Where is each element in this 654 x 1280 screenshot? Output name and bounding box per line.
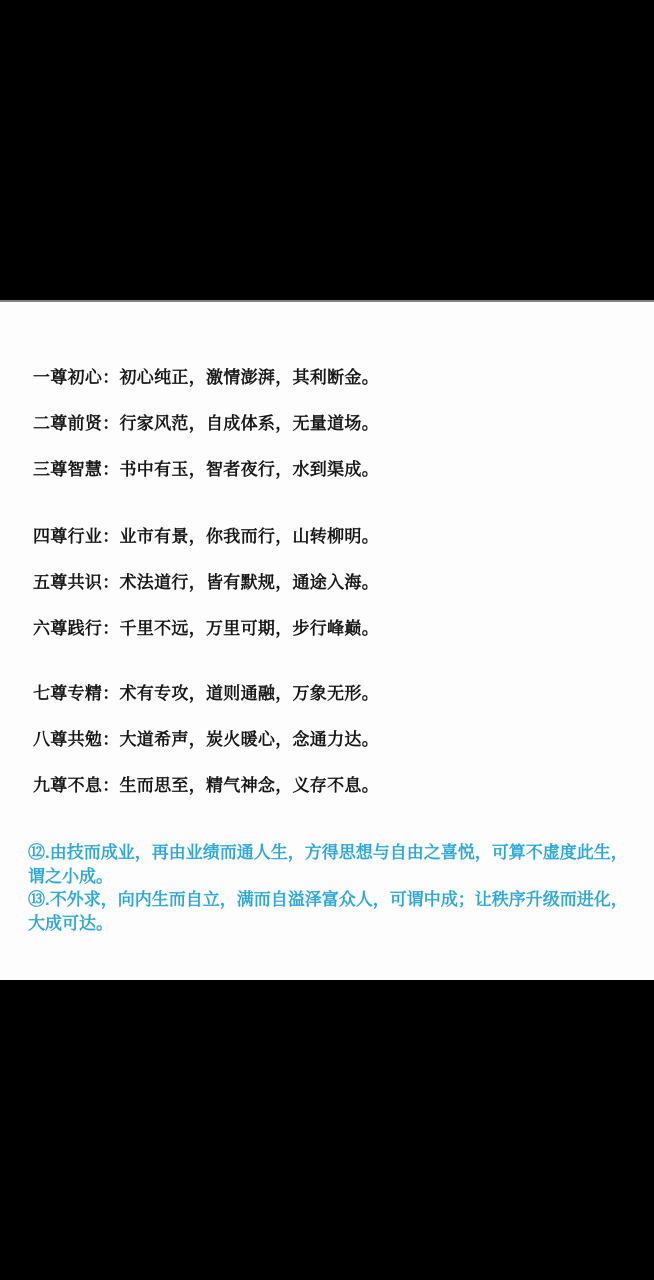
letterbox-top bbox=[0, 0, 654, 300]
verse-line-4: 四尊行业：业市有景，你我而行，山转柳明。 bbox=[33, 514, 633, 560]
verse-group-1: 一尊初心：初心纯正，激情澎湃，其利断金。 二尊前贤：行家风范，自成体系，无量道场… bbox=[33, 355, 633, 493]
note-12-line-2: 谓之小成。 bbox=[28, 865, 643, 889]
phone-screen: 一尊初心：初心纯正，激情澎湃，其利断金。 二尊前贤：行家风范，自成体系，无量道场… bbox=[0, 0, 654, 1280]
note-paragraph-13: ⑬.不外求，向内生而自立，满而自溢泽富众人，可谓中成；让秩序升级而进化， 大成可… bbox=[28, 888, 643, 936]
verse-line-7: 七尊专精：术有专攻，道则通融，万象无形。 bbox=[33, 671, 633, 717]
verse-line-5: 五尊共识：术法道行，皆有默规，通途入海。 bbox=[33, 560, 633, 606]
document-page: 一尊初心：初心纯正，激情澎湃，其利断金。 二尊前贤：行家风范，自成体系，无量道场… bbox=[0, 300, 654, 980]
note-12-line-1: ⑫.由技而成业，再由业绩而通人生，方得思想与自由之喜悦，可算不虚度此生， bbox=[28, 841, 643, 865]
verse-group-3: 七尊专精：术有专攻，道则通融，万象无形。 八尊共勉：大道希声，炭火暖心，念通力达… bbox=[33, 671, 633, 809]
note-13-line-2: 大成可达。 bbox=[28, 912, 643, 936]
letterbox-bottom bbox=[0, 980, 654, 1280]
verse-line-8: 八尊共勉：大道希声，炭火暖心，念通力达。 bbox=[33, 717, 633, 763]
verse-line-3: 三尊智慧：书中有玉，智者夜行，水到渠成。 bbox=[33, 447, 633, 493]
verse-line-6: 六尊践行：千里不远，万里可期，步行峰巅。 bbox=[33, 606, 633, 652]
verse-line-2: 二尊前贤：行家风范，自成体系，无量道场。 bbox=[33, 401, 633, 447]
note-13-line-1: ⑬.不外求，向内生而自立，满而自溢泽富众人，可谓中成；让秩序升级而进化， bbox=[28, 888, 643, 912]
note-paragraph-12: ⑫.由技而成业，再由业绩而通人生，方得思想与自由之喜悦，可算不虚度此生， 谓之小… bbox=[28, 841, 643, 889]
verse-line-1: 一尊初心：初心纯正，激情澎湃，其利断金。 bbox=[33, 355, 633, 401]
verse-group-2: 四尊行业：业市有景，你我而行，山转柳明。 五尊共识：术法道行，皆有默规，通途入海… bbox=[33, 514, 633, 652]
verse-line-9: 九尊不息：生而思至，精气神念，义存不息。 bbox=[33, 763, 633, 809]
